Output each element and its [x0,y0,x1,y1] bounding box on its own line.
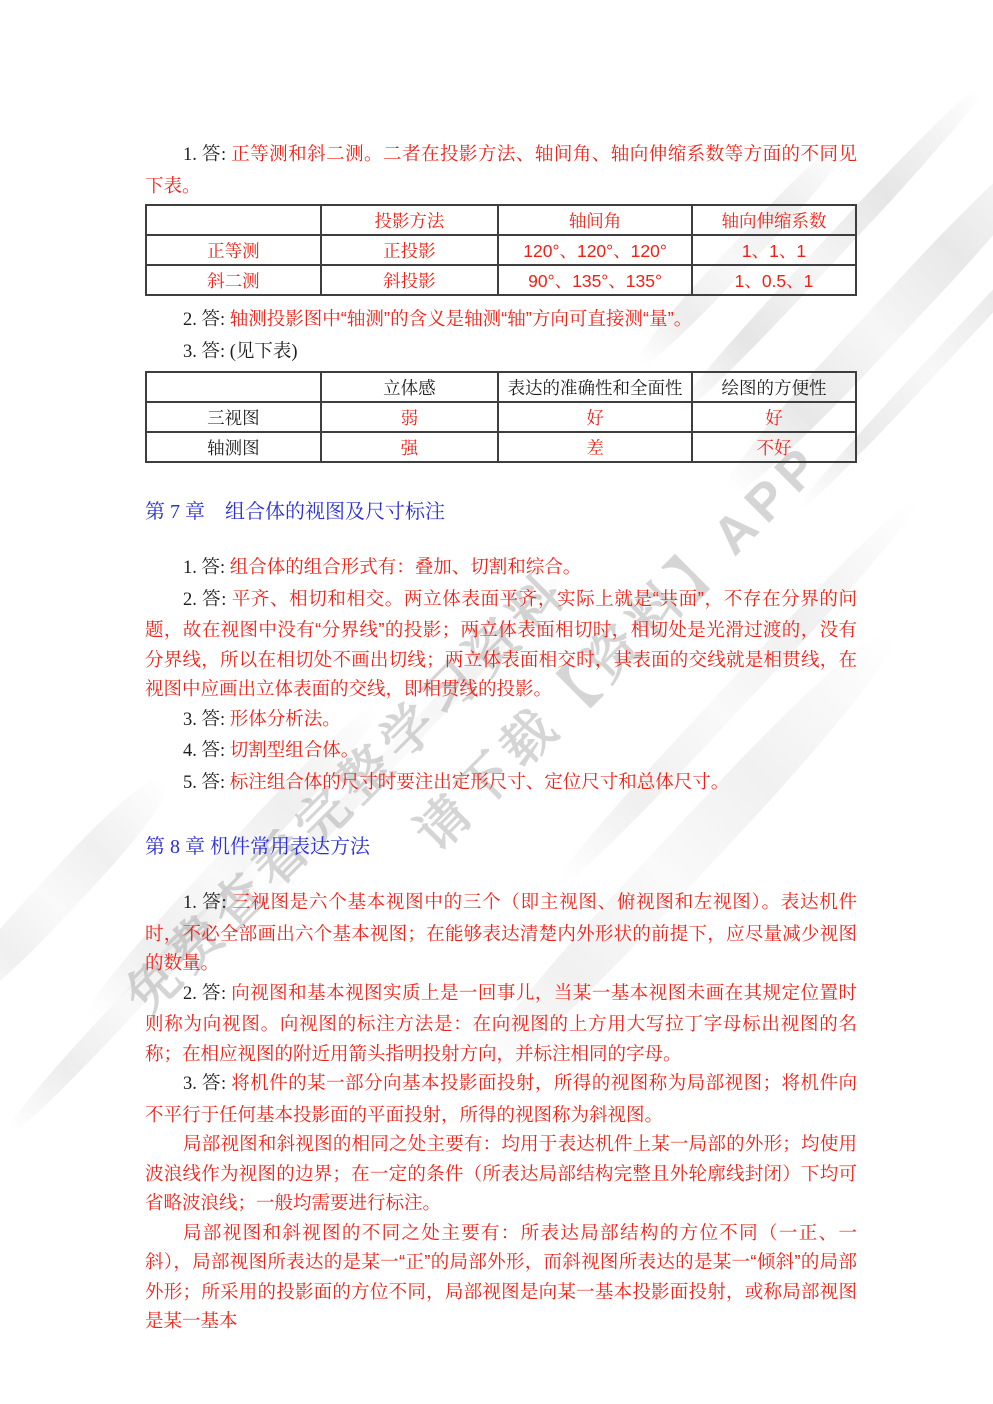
answer-label: 3. 答: [183,1074,231,1094]
table-row: 三视图弱好好 [146,402,856,432]
table-row: 正等测正投影120°、120°、120°1、1、1 [146,235,856,265]
document-content: 1. 答: 正等测和斜二测。二者在投影方法、轴间角、轴向伸缩系数等方面的不同见下… [145,139,857,1336]
table-cell: 好 [692,402,856,432]
table-cell: 弱 [321,402,499,432]
table-cell: 不好 [692,432,856,462]
ch7-answer-5: 5. 答: 标注组合体的尺寸时要注出定形尺寸、定位尺寸和总体尺寸。 [145,767,857,799]
ch7-answer-2: 2. 答: 平齐、相切和相交。两立体表面平齐，实际上就是“共面”，不存在分界的问… [145,584,857,704]
table-header-cell: 绘图的方便性 [692,372,856,402]
answer-text: 向视图和基本视图实质上是一回事儿，当某一基本视图未画在其规定位置时则称为向视图。… [145,982,857,1064]
answer-1-axonometric: 1. 答: 正等测和斜二测。二者在投影方法、轴间角、轴向伸缩系数等方面的不同见下… [145,139,857,200]
answer-label: 3. 答: [183,710,230,730]
answer-text: 三视图是六个基本视图中的三个（即主视图、俯视图和左视图）。表达机件时，不必全部画… [145,891,857,973]
table-row: 斜二测斜投影90°、135°、135°1、0.5、1 [146,265,856,295]
answer-label: 2. 答: [183,310,230,330]
table-header-cell: 表达的准确性和全面性 [498,372,692,402]
answer-text: 正等测和斜二测。二者在投影方法、轴间角、轴向伸缩系数等方面的不同见下表。 [145,143,857,196]
ch8-answer-3-diff-points: 局部视图和斜视图的不同之处主要有：所表达局部结构的方位不同（一正、一斜），局部视… [145,1218,857,1336]
answer-label: 2. 答: [183,984,231,1004]
table-cell: 轴测图 [146,432,321,462]
table-header-cell: 轴间角 [498,205,692,235]
table-cell: 三视图 [146,402,321,432]
ch8-answer-2: 2. 答: 向视图和基本视图实质上是一回事儿，当某一基本视图未画在其规定位置时则… [145,978,857,1069]
answer-text: 组合体的组合形式有：叠加、切割和综合。 [230,556,582,577]
table-header-cell [146,205,321,235]
table-cell: 90°、135°、135° [498,265,692,295]
ch8-answer-3-same-points: 局部视图和斜视图的相同之处主要有：均用于表达机件上某一局部的外形；均使用波浪线作… [145,1129,857,1218]
ch7-answer-3: 3. 答: 形体分析法。 [145,704,857,736]
answer-label: 5. 答: [183,773,230,793]
answer-text: (见下表) [230,342,298,362]
answer-2-axis-meaning: 2. 答: 轴测投影图中“轴测”的含义是轴测“轴”方向可直接测“量”。 [145,304,857,336]
table-cell: 斜投影 [321,265,499,295]
table-cell: 120°、120°、120° [498,235,692,265]
table-cell: 差 [498,432,692,462]
chapter-7-heading: 第 7 章 组合体的视图及尺寸标注 [145,499,857,526]
answer-text: 平齐、相切和相交。两立体表面平齐，实际上就是“共面”，不存在分界的问题，故在视图… [145,588,857,700]
table-cell: 强 [321,432,499,462]
table-cell: 正等测 [146,235,321,265]
table-row: 轴测图强差不好 [146,432,856,462]
table-cell: 好 [498,402,692,432]
table-cell: 1、0.5、1 [692,265,856,295]
answer-text: 局部视图和斜视图的不同之处主要有：所表达局部结构的方位不同（一正、一斜），局部视… [145,1222,857,1332]
document-page: 免费查看完整学习资料请下载【资料】APP 1. 答: 正等测和斜二测。二者在投影… [0,0,993,1404]
answer-3-see-table: 3. 答: (见下表) [145,336,857,368]
table-header-row: 投影方法轴间角轴向伸缩系数 [146,205,856,235]
table-header-cell: 投影方法 [321,205,499,235]
chapter-8-heading: 第 8 章 机件常用表达方法 [145,834,857,861]
ch8-answer-3: 3. 答: 将机件的某一部分向基本投影面投射，所得的视图称为局部视图；将机件向不… [145,1068,857,1129]
axonometric-comparison-table: 投影方法轴间角轴向伸缩系数正等测正投影120°、120°、120°1、1、1斜二… [145,204,857,296]
answer-text: 切割型组合体。 [230,739,360,760]
answer-label: 1. 答: [183,893,232,913]
table-header-row: 立体感表达的准确性和全面性绘图的方便性 [146,372,856,402]
answer-label: 3. 答: [183,342,230,362]
table-cell: 正投影 [321,235,499,265]
answer-label: 2. 答: [183,590,232,610]
answer-label: 1. 答: [183,558,230,578]
answer-label: 1. 答: [183,145,231,165]
view-type-comparison-table: 立体感表达的准确性和全面性绘图的方便性三视图弱好好轴测图强差不好 [145,371,857,463]
answer-text: 标注组合体的尺寸时要注出定形尺寸、定位尺寸和总体尺寸。 [230,771,730,792]
ch7-answer-1: 1. 答: 组合体的组合形式有：叠加、切割和综合。 [145,552,857,584]
answer-label: 4. 答: [183,741,230,761]
answer-text: 将机件的某一部分向基本投影面投射，所得的视图称为局部视图；将机件向不平行于任何基… [145,1072,857,1125]
table-header-cell [146,372,321,402]
answer-text: 轴测投影图中“轴测”的含义是轴测“轴”方向可直接测“量”。 [230,308,692,329]
table-cell: 斜二测 [146,265,321,295]
answer-text: 形体分析法。 [230,708,341,729]
ch7-answer-4: 4. 答: 切割型组合体。 [145,735,857,767]
table-cell: 1、1、1 [692,235,856,265]
answer-text: 局部视图和斜视图的相同之处主要有：均用于表达机件上某一局部的外形；均使用波浪线作… [145,1133,857,1213]
table-header-cell: 轴向伸缩系数 [692,205,856,235]
ch8-answer-1: 1. 答: 三视图是六个基本视图中的三个（即主视图、俯视图和左视图）。表达机件时… [145,887,857,978]
table-header-cell: 立体感 [321,372,499,402]
